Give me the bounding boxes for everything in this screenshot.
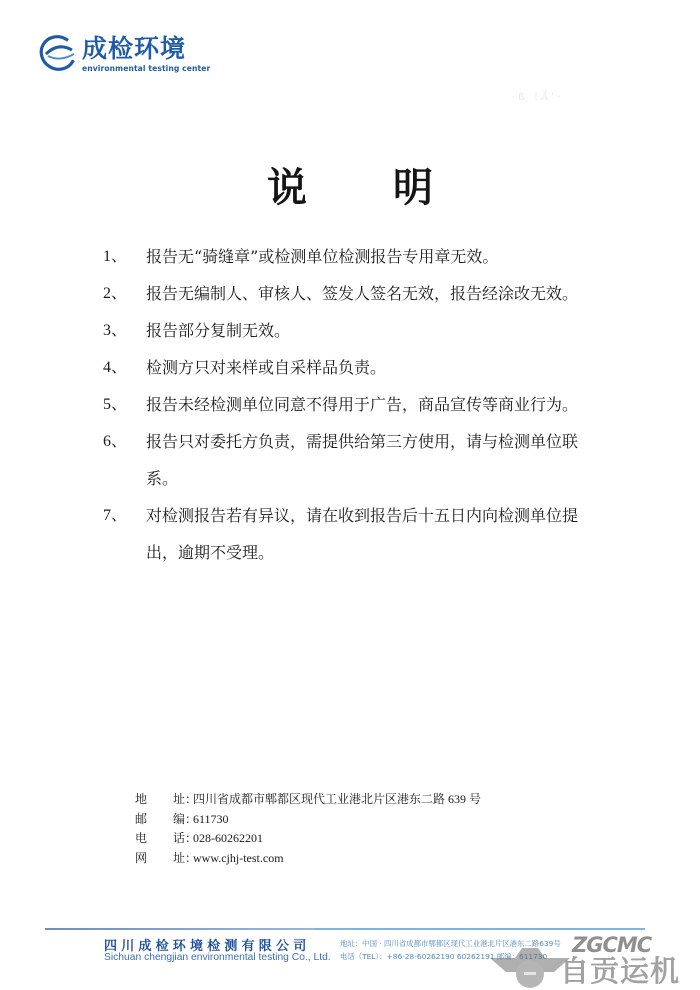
item-number: 1、 [103,238,143,275]
item-number: 2、 [103,275,143,312]
item-number: 5、 [103,386,143,423]
contact-value: 611730 [193,810,229,830]
item-text-continued: 系。 [146,460,623,497]
item-number: 6、 [103,423,143,460]
list-item: 4、 检测方只对来样或自采样品负责。 [103,349,623,386]
contact-label: 邮 [135,810,173,830]
list-item: 1、 报告无“骑缝章”或检测单位检测报告专用章无效。 [103,238,623,275]
contact-label: 电 [135,829,173,849]
contact-info: 地 址： 四川省成都市郫都区现代工业港北片区港东二路 639 号 邮 编： 61… [135,790,481,868]
watermark-cn: 自贡运机 [560,954,680,988]
title-char-2: 明 [393,162,433,214]
contact-label: 地 [135,790,173,810]
footer-divider [45,928,315,930]
item-number: 7、 [103,497,143,534]
item-text: 报告只对委托方负责，需提供给第三方使用，请与检测单位联 [146,423,623,460]
list-item: 3、 报告部分复制无效。 [103,312,623,349]
item-text: 对检测报告若有异议，请在收到报告后十五日内向检测单位提 [146,497,623,534]
contact-label-suffix: 话： [173,829,193,849]
footer-company-en: Sichuan chengjian environmental testing … [104,952,331,963]
contact-label-suffix: 编： [173,810,193,830]
contact-phone: 电 话： 028-60262201 [135,829,481,849]
item-number: 4、 [103,349,143,386]
item-text: 报告无编制人、审核人、签发人签名无效，报告经涂改无效。 [146,275,623,312]
title-char-1: 说 [267,162,307,214]
item-number: 3、 [103,312,143,349]
list-item: 7、 对检测报告若有异议，请在收到报告后十五日内向检测单位提 出，逾期不受理。 [103,497,623,571]
contact-website: 网 址： www.cjhj-test.com [135,849,481,869]
contact-value: www.cjhj-test.com [193,849,284,869]
list-item: 6、 报告只对委托方负责，需提供给第三方使用，请与检测单位联 系。 [103,423,623,497]
page-title: 说明 [0,162,700,214]
faint-stamp-mark: ·ß !Ä'· [512,92,563,103]
contact-value: 028-60262201 [193,829,263,849]
contact-value: 四川省成都市郫都区现代工业港北片区港东二路 639 号 [193,790,481,810]
item-text-continued: 出，逾期不受理。 [146,534,623,571]
contact-label: 网 [135,849,173,869]
contact-label-suffix: 址： [173,790,193,810]
item-text: 报告未经检测单位同意不得用于广告，商品宣传等商业行为。 [146,386,623,423]
item-text: 报告无“骑缝章”或检测单位检测报告专用章无效。 [146,238,623,275]
logo-e-swirl-icon [38,34,78,72]
logo-chinese-name: 成检环境 [82,34,186,64]
list-item: 2、 报告无编制人、审核人、签发人签名无效，报告经涂改无效。 [103,275,623,312]
item-text: 报告部分复制无效。 [146,312,623,349]
company-logo: 成检环境 environmental testing center [38,32,208,80]
contact-label-suffix: 址： [173,849,193,869]
list-item: 5、 报告未经检测单位同意不得用于广告，商品宣传等商业行为。 [103,386,623,423]
logo-english-name: environmental testing center [82,64,210,73]
contact-address: 地 址： 四川省成都市郫都区现代工业港北片区港东二路 639 号 [135,790,481,810]
contact-postcode: 邮 编： 611730 [135,810,481,830]
item-text: 检测方只对来样或自采样品负责。 [146,349,623,386]
notes-list: 1、 报告无“骑缝章”或检测单位检测报告专用章无效。 2、 报告无编制人、审核人… [103,238,623,571]
